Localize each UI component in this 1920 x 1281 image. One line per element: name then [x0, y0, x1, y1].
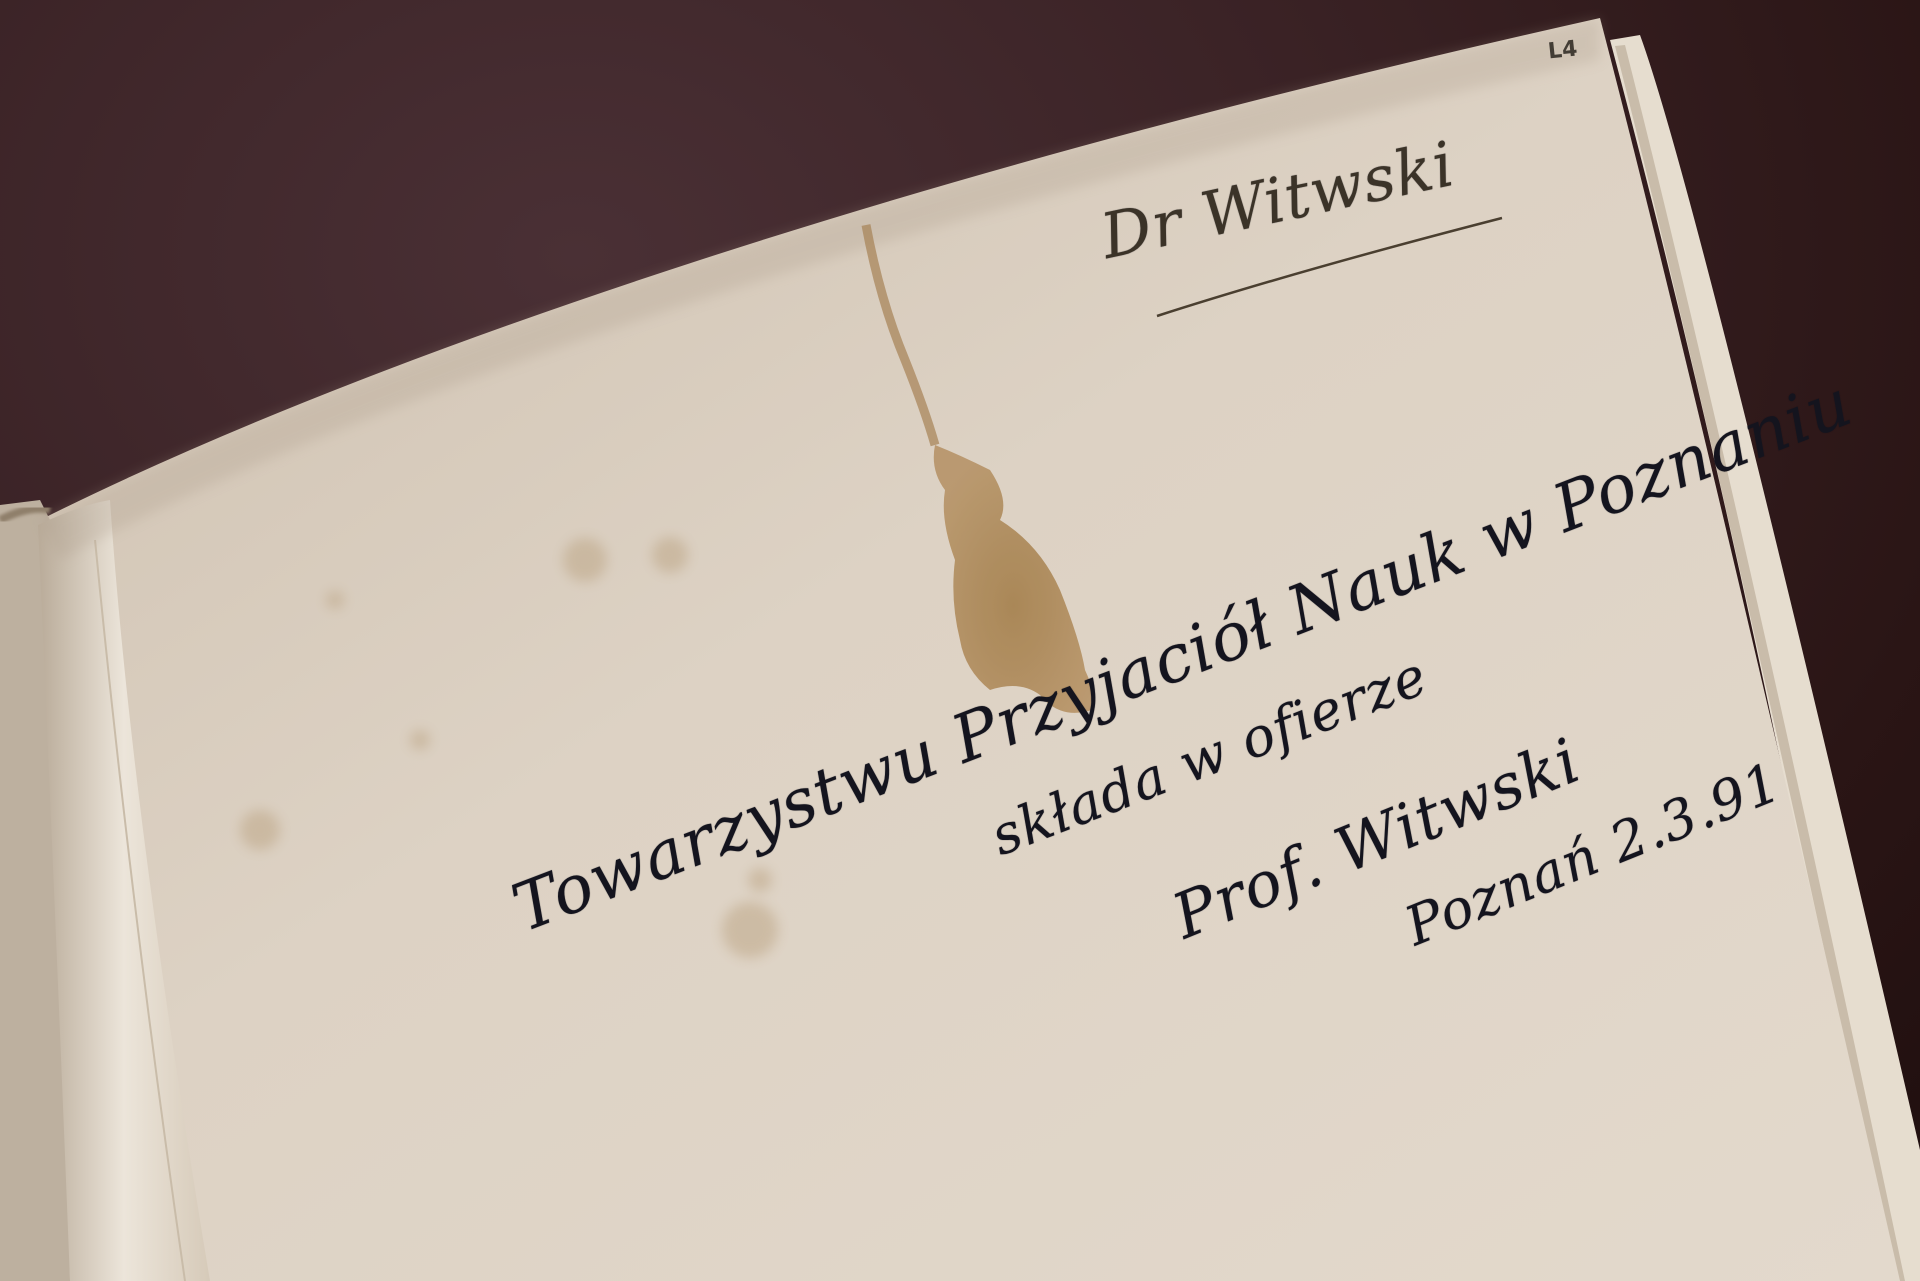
photo-scene: L4 Dr Witwski Towarzystwu Przyjaciół Nau… — [0, 0, 1920, 1281]
page-number-mark: L4 — [1547, 37, 1579, 65]
book-page-illustration — [0, 0, 1920, 1281]
